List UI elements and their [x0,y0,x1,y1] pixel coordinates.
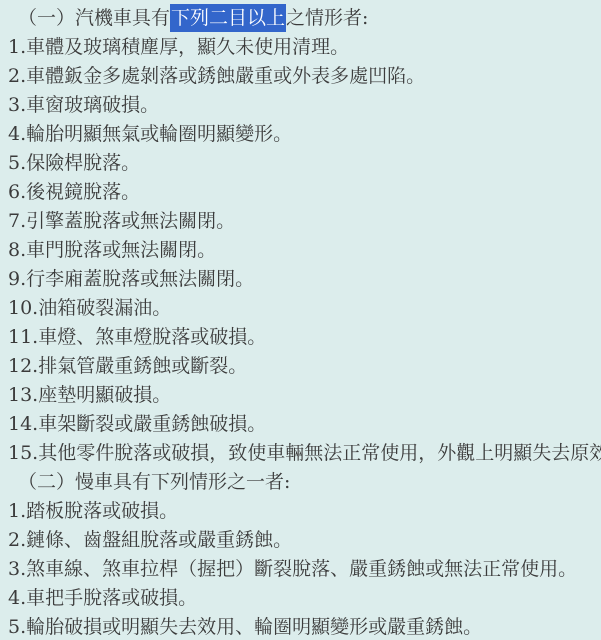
heading-text: （二）慢車具有下列情形之一者: [18,471,290,493]
list-item: 1.車體及玻璃積塵厚，顯久未使用清理。 [8,33,597,62]
list-item: 10.油箱破裂漏油。 [8,294,597,323]
list-item: 4.輪胎明顯無氣或輪圈明顯變形。 [8,120,597,149]
list-item: 2.車體鈑金多處剝落或銹蝕嚴重或外表多處凹陷。 [8,62,597,91]
list-item: 2.鏈條、齒盤組脫落或嚴重銹蝕。 [8,526,597,555]
list-item: 5.保險桿脫落。 [8,149,597,178]
list-item: 3.車窗玻璃破損。 [8,91,597,120]
list-item: 5.輪胎破損或明顯失去效用、輪圈明顯變形或嚴重銹蝕。 [8,613,597,640]
list-item: 7.引擎蓋脫落或無法關閉。 [8,207,597,236]
list-item: 15.其他零件脫落或破損，致使車輛無法正常使用，外觀上明顯失去原效用。 [8,439,597,468]
selected-text[interactable]: 下列二目以上 [170,4,286,32]
section-2-heading: （二）慢車具有下列情形之一者: [8,468,597,497]
heading-text: （一）汽機車具有 [18,7,170,29]
list-item: 9.行李廂蓋脫落或無法關閉。 [8,265,597,294]
list-item: 4.車把手脫落或破損。 [8,584,597,613]
list-item: 1.踏板脫落或破損。 [8,497,597,526]
heading-text: 之情形者: [286,7,368,29]
list-item: 3.煞車線、煞車拉桿（握把）斷裂脫落、嚴重銹蝕或無法正常使用。 [8,555,597,584]
list-item: 6.後視鏡脫落。 [8,178,597,207]
list-item: 11.車燈、煞車燈脫落或破損。 [8,323,597,352]
list-item: 8.車門脫落或無法關閉。 [8,236,597,265]
list-item: 13.座墊明顯破損。 [8,381,597,410]
vehicle-condition-document: （一）汽機車具有下列二目以上之情形者: 1.車體及玻璃積塵厚，顯久未使用清理。 … [8,4,597,640]
list-item: 14.車架斷裂或嚴重銹蝕破損。 [8,410,597,439]
list-item: 12.排氣管嚴重銹蝕或斷裂。 [8,352,597,381]
section-1-heading: （一）汽機車具有下列二目以上之情形者: [8,4,597,33]
